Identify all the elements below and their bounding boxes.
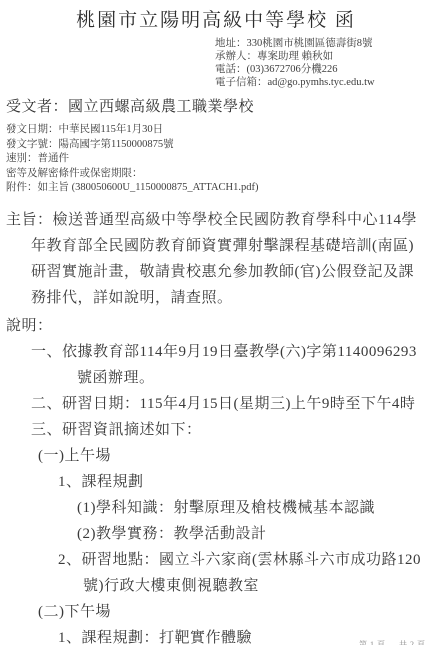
meta-speed-class: 速別：普通件 xyxy=(6,152,432,167)
meta-issue-date: 發文日期：中華民國115年1月30日 xyxy=(6,123,432,138)
recipient-line: 受文者：國立西螺高級農工職業學校 xyxy=(6,98,432,117)
sender-phone: 電話：(03)3672706分機226 xyxy=(215,63,432,76)
explanation-item-3: 三、研習資訊摘述如下： xyxy=(6,417,424,443)
document-title: 桃園市立陽明高級中等學校 函 xyxy=(0,9,432,33)
sender-email: 電子信箱：ad@go.pymhs.tyc.edu.tw xyxy=(215,76,432,89)
document-meta-block: 發文日期：中華民國115年1月30日 發文字號：陽高國字第1150000875號… xyxy=(6,123,432,196)
explanation-item-3-2: (二)下午場 xyxy=(38,599,424,625)
explanation-item-3-1: (一)上午場 xyxy=(38,443,424,469)
sender-contact-block: 地址：330桃園市桃園區德壽街8號 承辦人：專案助理 賴秋如 電話：(03)36… xyxy=(215,37,432,89)
explanation-label: 說明： xyxy=(6,313,432,339)
meta-security-class: 密等及解密條件或保密期限： xyxy=(6,167,432,182)
explanation-item-3-1-2: 2、研習地點：國立斗六家商(雲林縣斗六市成功路120號)行政大樓東側視聽教室 xyxy=(6,547,424,599)
explanation-item-3-1-1: 1、課程規劃 xyxy=(6,469,424,495)
explanation-item-1: 一、依據教育部114年9月19日臺教學(六)字第1140096293號函辦理。 xyxy=(6,339,424,391)
sender-address: 地址：330桃園市桃園區德壽街8號 xyxy=(215,37,432,50)
subject-paragraph: 主旨：檢送普通型高級中等學校全民國防教育學科中心114學年教育部全民國防教育師資… xyxy=(6,207,422,311)
meta-doc-number: 發文字號：陽高國字第1150000875號 xyxy=(6,138,432,153)
sender-contact-person: 承辦人：專案助理 賴秋如 xyxy=(215,50,432,63)
page-number-footer: 第1頁，共2頁 xyxy=(359,639,428,645)
explanation-item-3-1-1-2: (2)教學實務：教學活動設計 xyxy=(77,521,424,547)
explanation-item-3-1-1-1: (1)學科知識：射擊原理及槍枝機械基本認識 xyxy=(77,495,424,521)
meta-attachment: 附件：如主旨 (380050600U_1150000875_ATTACH1.pd… xyxy=(6,181,432,196)
explanation-item-2: 二、研習日期：115年4月15日(星期三)上午9時至下午4時 xyxy=(6,391,424,417)
official-letter-page: 桃園市立陽明高級中等學校 函 地址：330桃園市桃園區德壽街8號 承辦人：專案助… xyxy=(0,0,432,645)
